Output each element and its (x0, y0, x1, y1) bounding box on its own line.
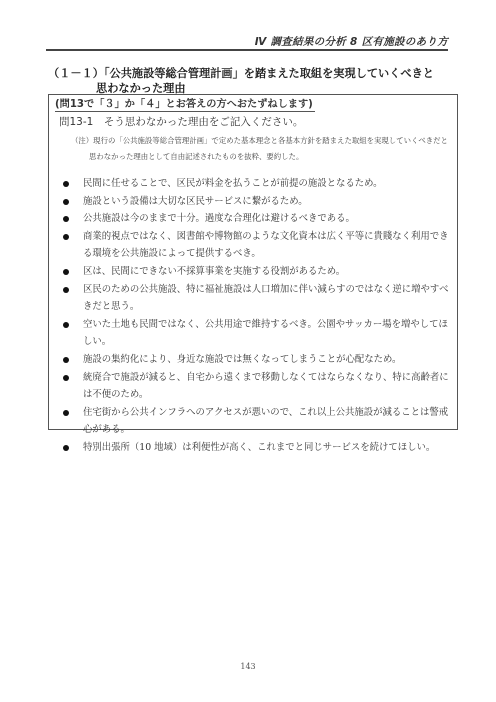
responses-box: (問13で「３」か「４」とお答えの方へおたずねします) 問13-1 そう思わなか… (48, 94, 458, 430)
bullet-icon (63, 375, 69, 381)
bullet-icon (63, 357, 69, 363)
section-title: （１－１）「公共施設等総合管理計画」を踏まえた取組を実現していくべきと 思わなか… (48, 66, 468, 96)
question-text: 問13-1 そう思わなかった理由をご記入ください。 (59, 115, 303, 129)
note: （注）現行の「公共施設等総合管理計画」で定めた基本理念と各基本方針を踏まえた取組… (71, 133, 451, 165)
section-title-line1: （１－１）「公共施設等総合管理計画」を踏まえた取組を実現していくべきと (48, 67, 434, 80)
note-line1: （注）現行の「公共施設等総合管理計画」で定めた基本理念と各基本方針を踏まえた取組… (71, 136, 448, 145)
page-number: 143 (0, 662, 496, 671)
response-list: 民間に任せることで、区民が料金を払うことが前提の施設となるため。 施設という設備… (57, 175, 452, 457)
header-rule (46, 49, 448, 51)
list-item: 空いた土地も民間ではなく、公共用途で維持するべき。公園やサッカー場を増やしてほし… (57, 316, 452, 351)
bullet-icon (63, 287, 69, 293)
list-item: 住宅街から公共インフラへのアクセスが悪いので、これ以上公共施設が減ることは警戒心… (57, 404, 452, 439)
list-item: 商業的視点ではなく、図書館や博物館のような文化資本は広く平等に貴賤なく利用できる… (57, 228, 452, 263)
note-line2: 思わなかった理由として自由記述されたものを抜粋、要約した。 (71, 149, 451, 165)
bullet-icon (63, 269, 69, 275)
list-item: 特別出張所（10 地域）は利便性が高く、これまでと同じサービスを続けてほしい。 (57, 439, 452, 457)
running-header: Ⅳ 調査結果の分析 8 区有施設のあり方 (46, 34, 448, 49)
bullet-icon (63, 181, 69, 187)
list-item: 施設の集約化により、身近な施設では無くなってしまうことが心配なため。 (57, 351, 452, 369)
list-item: 区は、民間にできない不採算事業を実施する役割があるため。 (57, 263, 452, 281)
bullet-icon (63, 234, 69, 240)
bullet-icon (63, 445, 69, 451)
bullet-icon (63, 199, 69, 205)
list-item: 民間に任せることで、区民が料金を払うことが前提の施設となるため。 (57, 175, 452, 193)
bullet-icon (63, 216, 69, 222)
target-respondents-label: (問13で「３」か「４」とお答えの方へおたずねします) (55, 98, 315, 112)
list-item: 施設という設備は大切な区民サービスに繋がるため。 (57, 193, 452, 211)
list-item: 公共施設は今のままで十分。過度な合理化は避けるべきである。 (57, 210, 452, 228)
list-item: 区民のための公共施設、特に福祉施設は人口増加に伴い減らすのではなく逆に増やすべき… (57, 281, 452, 316)
bullet-icon (63, 322, 69, 328)
list-item: 統廃合で施設が減ると、自宅から遠くまで移動しなくてはならなくなり、特に高齢者には… (57, 369, 452, 404)
bullet-icon (63, 410, 69, 416)
